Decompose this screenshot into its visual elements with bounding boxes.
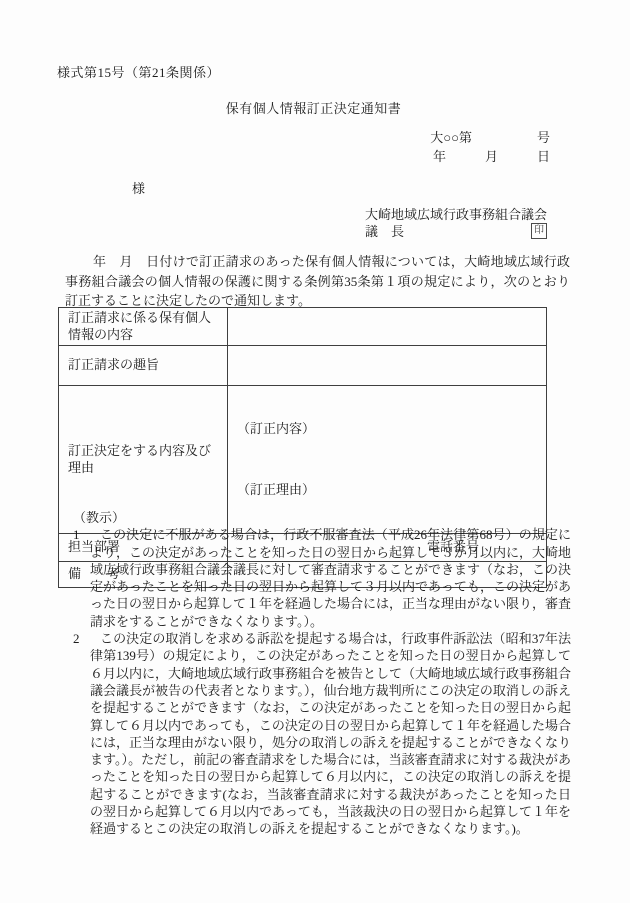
addressee-suffix: 様: [132, 178, 145, 197]
note-text-2: この決定の取消しを求める訴訟を提起する場合は，行政事件訴訟法（昭和37年法律第1…: [90, 631, 571, 836]
seal-mark: 印: [531, 223, 547, 239]
row-value-request-purport: [228, 346, 547, 386]
row-label-retained-info: 訂正請求に係る保有個人情報の内容: [59, 308, 228, 346]
form-number: 様式第15号（第21条関係）: [57, 62, 220, 81]
note-number-1: 1: [73, 526, 80, 543]
table-row: 訂正請求に係る保有個人情報の内容: [59, 308, 547, 346]
sender-title-line: 議 長 印: [365, 221, 547, 240]
note-text-1: この決定に不服がある場合は，行政不服審査法（平成26年法律第68号）の規定により…: [90, 527, 571, 628]
correction-reason-caption: （訂正理由）: [237, 482, 540, 499]
row-label-request-purport: 訂正請求の趣旨: [59, 346, 228, 386]
body-paragraph: 年 月 日付けで訂正請求のあった保有個人情報については，大崎地域広域行政事務組合…: [65, 252, 570, 311]
document-number-line: 大○○第 号: [430, 127, 550, 146]
row-value-retained-info: [228, 308, 547, 346]
note-item-2: 2 この決定の取消しを求める訴訟を提起する場合は，行政事件訴訟法（昭和37年法律…: [57, 630, 571, 838]
note-number-2: 2: [73, 630, 80, 647]
table-row: 訂正請求の趣旨: [59, 346, 547, 386]
notes-heading: （教示）: [73, 509, 571, 526]
document-page: 様式第15号（第21条関係） 保有個人情報訂正決定通知書 大○○第 号 年 月 …: [0, 0, 630, 903]
sender-title: 議 長: [365, 221, 404, 240]
document-title: 保有個人情報訂正決定通知書: [57, 98, 570, 117]
note-item-1: 1 この決定に不服がある場合は，行政不服審査法（平成26年法律第68号）の規定に…: [57, 526, 571, 630]
notes-section: （教示） 1 この決定に不服がある場合は，行政不服審査法（平成26年法律第68号…: [57, 509, 571, 838]
correction-content-caption: （訂正内容）: [237, 421, 540, 438]
document-date-line: 年 月 日: [433, 146, 550, 165]
